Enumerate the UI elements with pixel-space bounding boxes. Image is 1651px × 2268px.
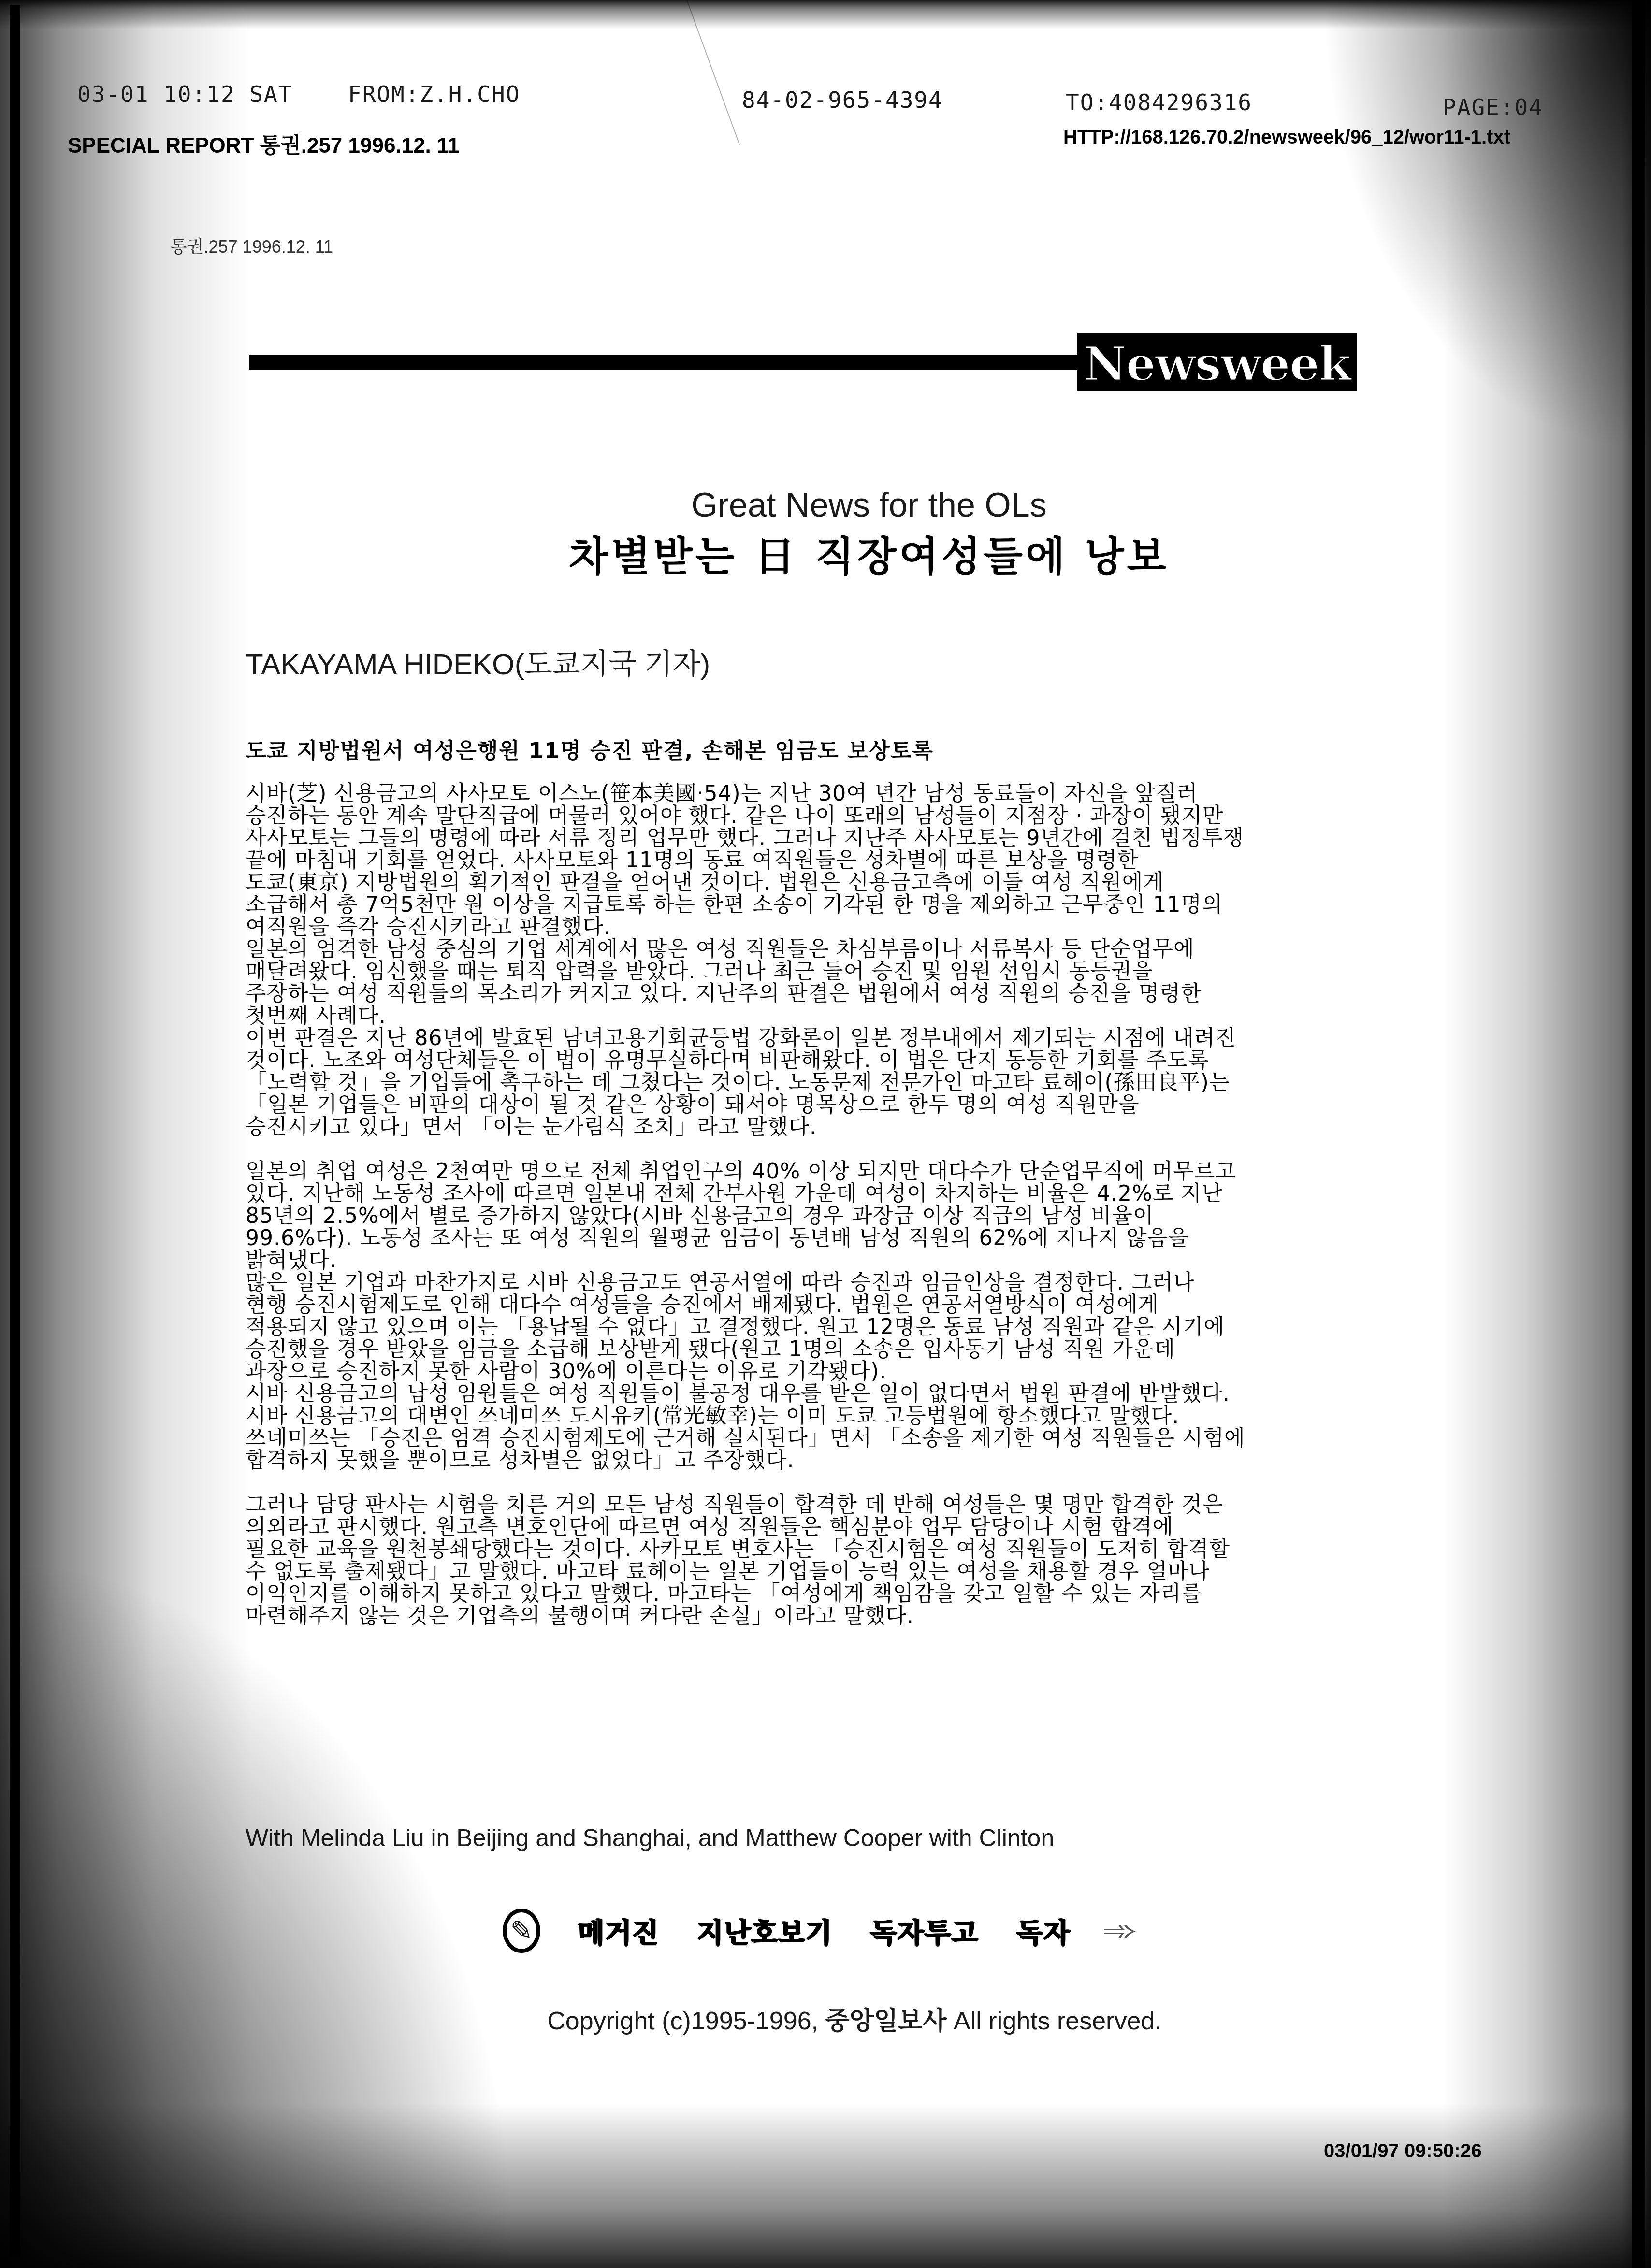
body-line: 승진시키고 있다」면서 「이는 눈가림식 조치」라고 말했다. — [246, 1116, 1483, 1138]
logo-text: Newsweek — [1084, 336, 1350, 392]
paragraph-group-2: 일본의 취업 여성은 2천여만 명으로 전체 취업인구의 40% 이상 되지만 … — [246, 1161, 1483, 1472]
byline: TAKAYAMA HIDEKO(도쿄지국 기자) — [246, 641, 710, 683]
body-line: 현행 승진시험제도로 인해 대다수 여성들을 승진에서 배제됐다. 법원은 연공… — [246, 1294, 1483, 1316]
pencil-icon[interactable]: ✎ — [503, 1909, 540, 1953]
fax-datetime: 03-01 10:12 SAT — [77, 81, 292, 107]
scan-edge-right — [1632, 0, 1645, 2268]
issue-line: 통권.257 1996.12. 11 — [170, 233, 333, 258]
nav-row: ✎ 메거진 지난호보기 독자투고 독자 ➾ — [503, 1909, 1131, 1953]
body-line: 승진했을 경우 받았을 임금을 소급해 보상받게 됐다(원고 1명의 소송은 입… — [246, 1338, 1483, 1361]
nav-magazine[interactable]: 메거진 — [578, 1911, 659, 1950]
body-line: 첫번째 사례다. — [246, 1005, 1483, 1027]
body-line: 소급해서 총 7억5천만 원 이상을 지급토록 하는 한편 소송이 기각된 한 … — [246, 894, 1483, 916]
body-line: 이익인지를 이해하지 못하고 있다고 말했다. 마고타는 「여성에게 책임감을 … — [246, 1583, 1483, 1605]
body-line: 쓰네미쓰는 「승진은 엄격 승진시험제도에 근거해 실시된다」면서 「소송을 제… — [246, 1427, 1483, 1450]
body-line: 그러나 담당 판사는 시험을 치른 거의 모든 남성 직원들이 합격한 데 반해… — [246, 1494, 1483, 1516]
copyright-suffix: All rights reserved. — [954, 2007, 1162, 2035]
article-title-ko: 차별받는 日 직장여성들에 낭보 — [0, 524, 1651, 583]
body-line: 일본의 엄격한 남성 중심의 기업 세계에서 많은 여성 직원들은 차심부름이나… — [246, 938, 1483, 961]
body-line: 사사모토는 그들의 명령에 따라 서류 정리 업무만 했다. 그러나 지난주 사… — [246, 827, 1483, 849]
footer-timestamp: 03/01/97 09:50:26 — [1324, 2140, 1482, 2162]
body-line: 밝혀냈다. — [246, 1249, 1483, 1272]
body-line: 있다. 지난해 노동성 조사에 따르면 일본내 전체 간부사원 가운데 여성이 … — [246, 1183, 1483, 1205]
body-line: 적용되지 않고 있으며 이는 「용납될 수 없다」고 결정했다. 원고 12명은… — [246, 1316, 1483, 1338]
body-line: 이번 판결은 지난 86년에 발효된 남녀고용기회균등법 강화론이 일본 정부내… — [246, 1027, 1483, 1049]
copyright: Copyright (c)1995-1996, 중앙일보사 All rights… — [0, 2000, 1651, 2037]
paragraph-group-1: 시바(芝) 신용금고의 사사모토 이스노(笹本美國·54)는 지난 30여 년간… — [246, 783, 1483, 1138]
arrow-right-icon[interactable]: ➾ — [1101, 1915, 1138, 1947]
scan-edge-left — [10, 5, 20, 2256]
body-line: 수 없도록 출제됐다」고 말했다. 마고타 료헤이는 일본 기업들이 능력 있는… — [246, 1561, 1483, 1583]
body-line: 99.6%다). 노동성 조사는 또 여성 직원의 월평균 임금이 동년배 남성… — [246, 1227, 1483, 1249]
body-line: 「일본 기업들은 비판의 대상이 될 것 같은 상황이 돼서야 명목상으로 한두… — [246, 1094, 1483, 1116]
fax-phone: 84-02-965-4394 — [742, 87, 943, 113]
body-line: 합격하지 못했을 뿐이므로 성차별은 없었다」고 주장했다. — [246, 1450, 1483, 1472]
body-line: 「노력할 것」을 기업들에 촉구하는 데 그쳤다는 것이다. 노동문제 전문가인… — [246, 1072, 1483, 1094]
fax-to: TO:4084296316 — [1066, 89, 1252, 115]
body-line: 일본의 취업 여성은 2천여만 명으로 전체 취업인구의 40% 이상 되지만 … — [246, 1161, 1483, 1183]
body-line: 도쿄(東京) 지방법원의 획기적인 판결을 얻어낸 것이다. 법원은 신용금고측… — [246, 872, 1483, 894]
nav-back-issues[interactable]: 지난호보기 — [697, 1911, 832, 1950]
body-line: 끝에 마침내 기회를 얻었다. 사사모토와 11명의 동료 여직원들은 성차별에… — [246, 849, 1483, 872]
nav-reader-submission[interactable]: 독자투고 — [870, 1911, 979, 1950]
body-line: 필요한 교육을 원천봉쇄당했다는 것이다. 사카모토 변호사는 「승진시험은 여… — [246, 1538, 1483, 1561]
body-line: 마련해주지 않는 것은 기업측의 불행이며 커다란 손실」이라고 말했다. — [246, 1605, 1483, 1627]
copyright-prefix: Copyright (c)1995-1996, — [547, 2007, 818, 2035]
nav-reader[interactable]: 독자 — [1016, 1911, 1071, 1950]
body-line: 주장하는 여성 직원들의 목소리가 커지고 있다. 지난주의 판결은 법원에서 … — [246, 983, 1483, 1005]
body-line: 시바 신용금고의 대변인 쓰네미쓰 도시유키(常光敏幸)는 이미 도쿄 고등법원… — [246, 1405, 1483, 1427]
body-line: 의외라고 판시했다. 원고측 변호인단에 따르면 여성 직원들은 핵심분야 업무… — [246, 1516, 1483, 1538]
source-url: HTTP://168.126.70.2/newsweek/96_12/wor11… — [1063, 127, 1510, 148]
body-line: 매달려왔다. 임신했을 때는 퇴직 압력을 받았다. 그러나 최근 들어 승진 … — [246, 961, 1483, 983]
paragraph-group-3: 그러나 담당 판사는 시험을 치른 거의 모든 남성 직원들이 합격한 데 반해… — [246, 1494, 1483, 1627]
fax-from: FROM:Z.H.CHO — [348, 81, 520, 107]
article-body: 시바(芝) 신용금고의 사사모토 이스노(笹本美國·54)는 지난 30여 년간… — [246, 783, 1483, 1627]
paper-crease — [686, 0, 740, 145]
fax-page: PAGE:04 — [1443, 94, 1543, 120]
body-line: 승진하는 동안 계속 말단직급에 머물러 있어야 했다. 같은 나이 또래의 남… — [246, 805, 1483, 827]
special-report-header: SPECIAL REPORT 통권.257 1996.12. 11 — [68, 128, 460, 159]
newsweek-logo: Newsweek — [1077, 333, 1357, 391]
article-subhead: 도쿄 지방법원서 여성은행원 11명 승진 판결, 손해본 임금도 보상토록 — [246, 733, 934, 764]
body-line: 것이다. 노조와 여성단체들은 이 법이 유명무실하다며 비판해왔다. 이 법은… — [246, 1049, 1483, 1072]
body-line: 여직원을 즉각 승진시키라고 판결했다. — [246, 916, 1483, 938]
body-line: 85년의 2.5%에서 별로 증가하지 않았다(시바 신용금고의 경우 과장급 … — [246, 1205, 1483, 1227]
copyright-owner: 중앙일보사 — [825, 2007, 946, 2036]
reporting-credit: With Melinda Liu in Beijing and Shanghai… — [246, 1824, 1054, 1852]
body-line: 시바 신용금고의 남성 임원들은 여성 직원들이 불공정 대우를 받은 일이 없… — [246, 1383, 1483, 1405]
body-line: 과장으로 승진하지 못한 사람이 30%에 이른다는 이유로 기각됐다). — [246, 1361, 1483, 1383]
masthead-rule — [249, 355, 1080, 370]
article-title-en: Great News for the OLs — [0, 486, 1651, 524]
body-line: 시바(芝) 신용금고의 사사모토 이스노(笹本美國·54)는 지난 30여 년간… — [246, 783, 1483, 805]
body-line: 많은 일본 기업과 마찬가지로 시바 신용금고도 연공서열에 따라 승진과 임금… — [246, 1272, 1483, 1294]
